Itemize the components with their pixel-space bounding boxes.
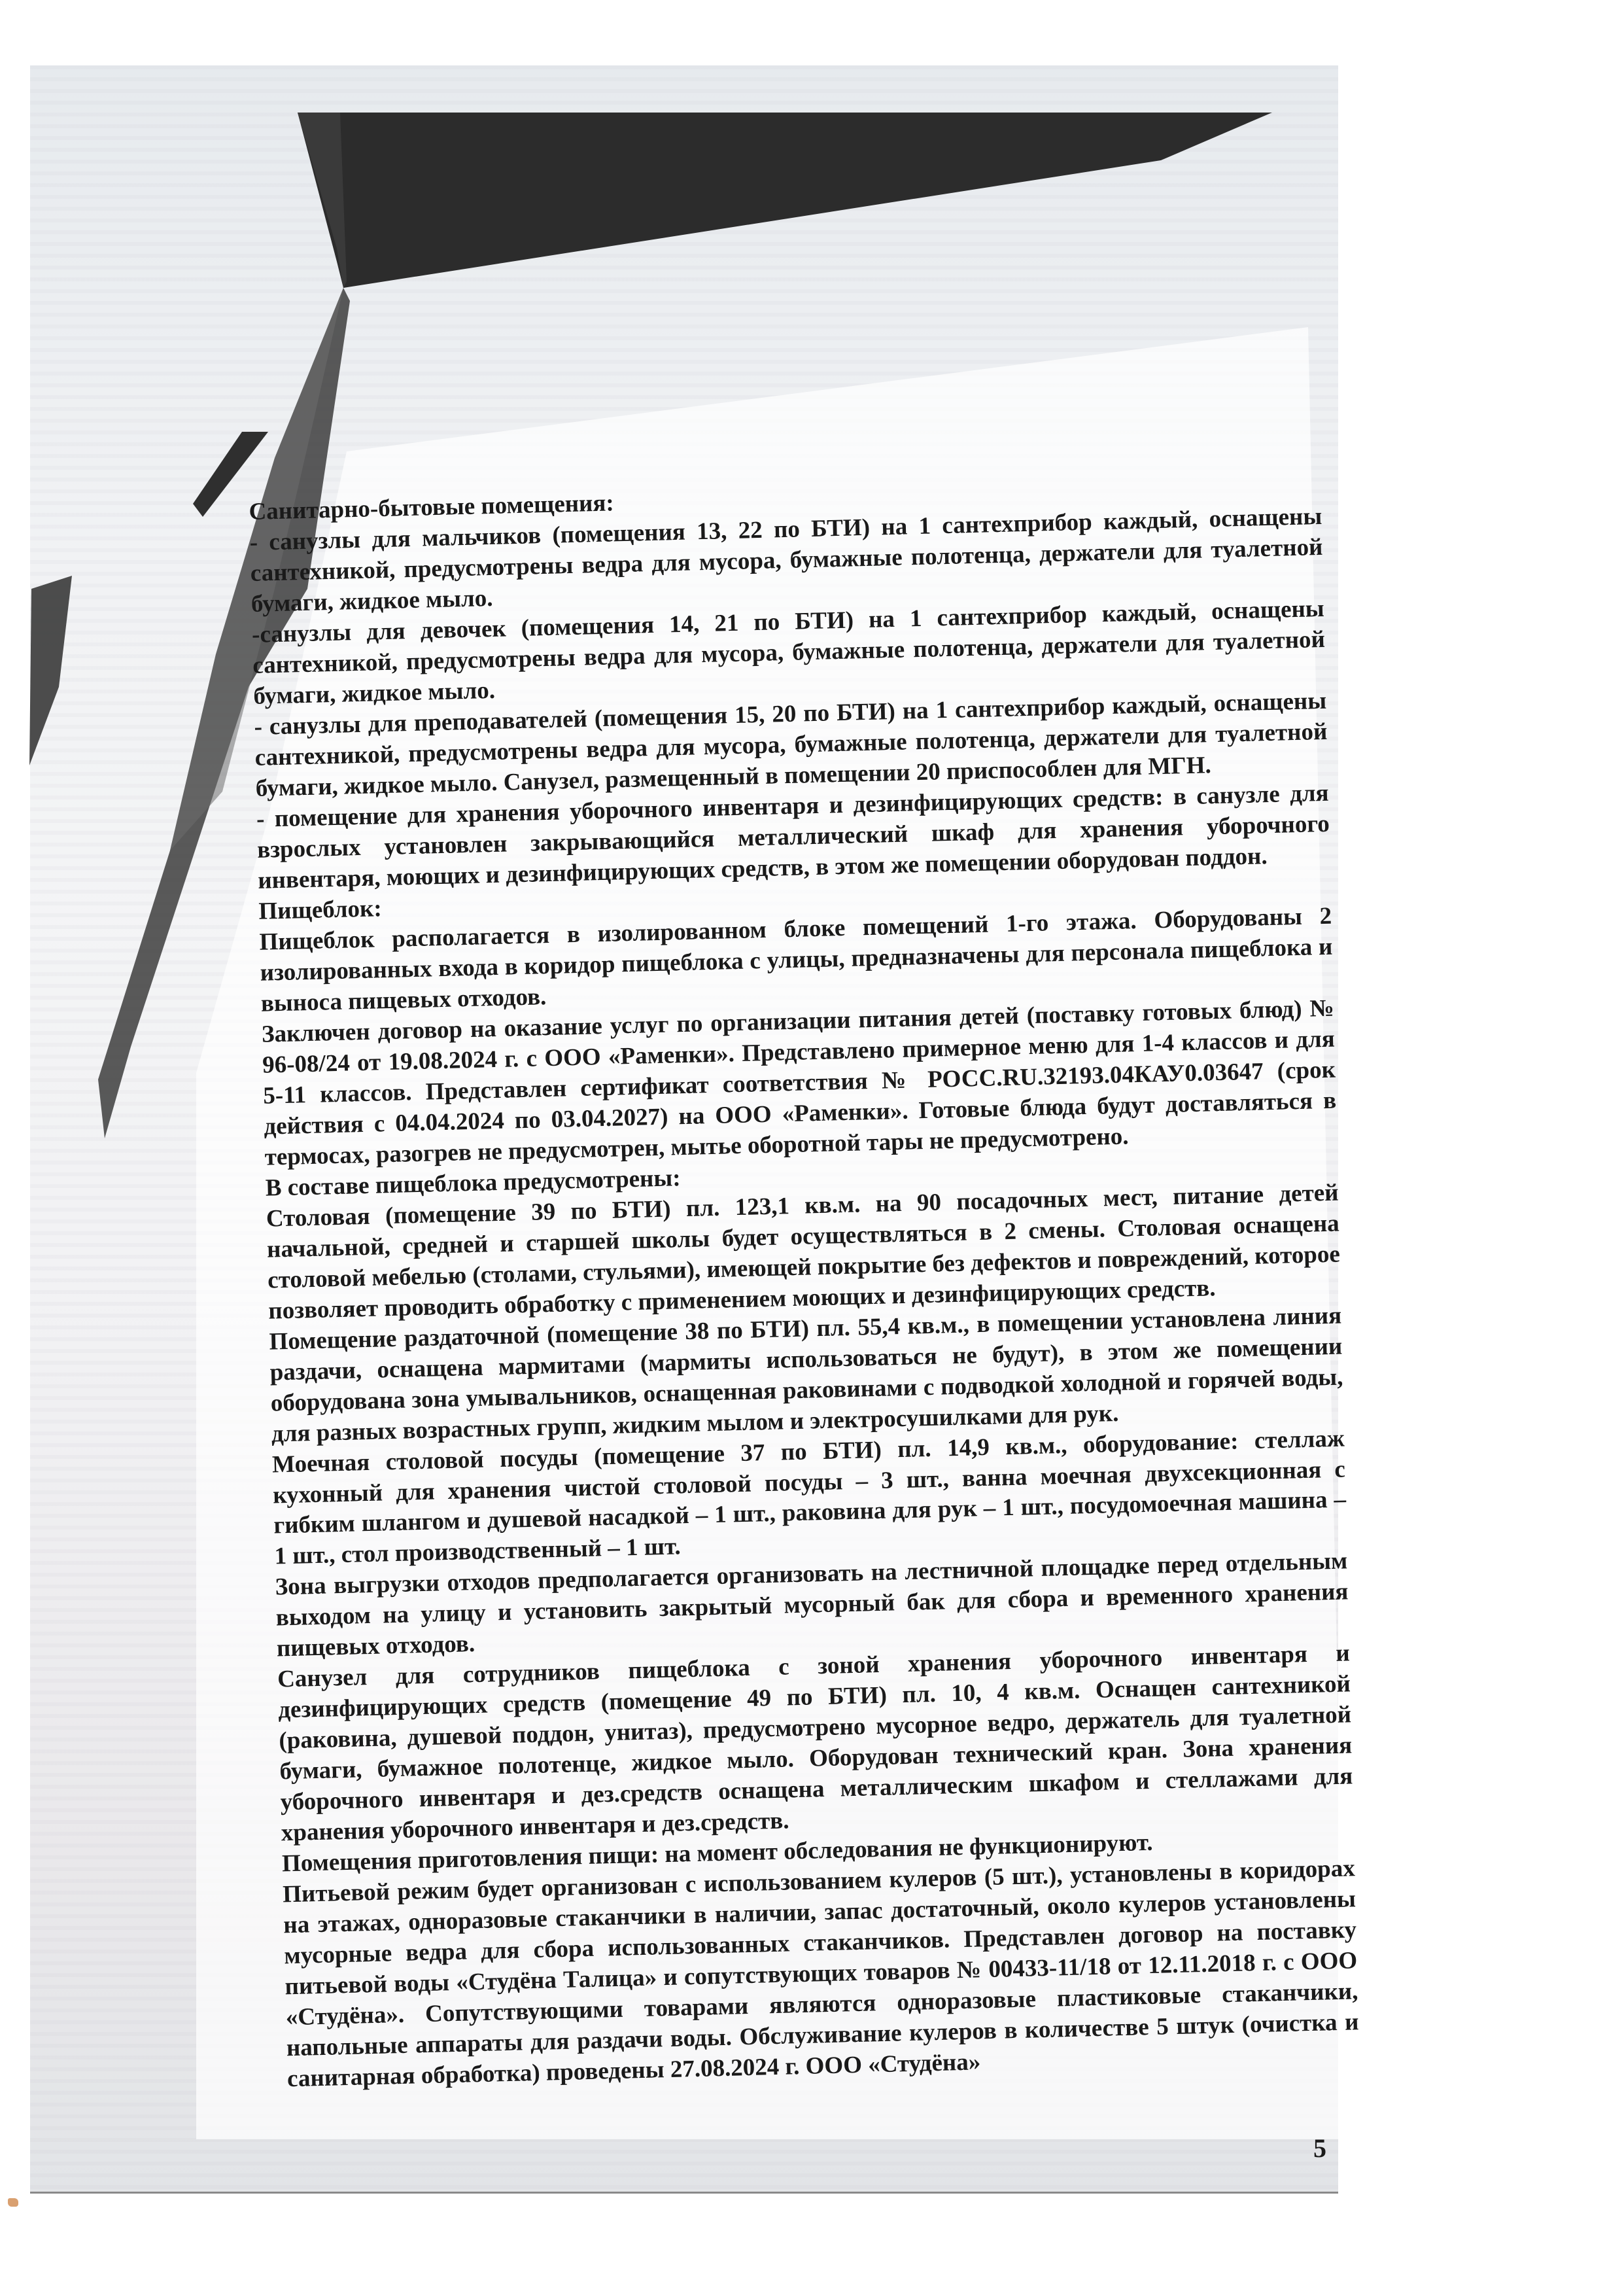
room-lead: Столовая — [266, 1202, 370, 1232]
scan-stain-mark — [8, 2198, 18, 2207]
room-lead: Питьевой режим — [283, 1877, 470, 1908]
room-text: (помещение 39 по БТИ) пл. 123,1 кв.м. на… — [267, 1179, 1341, 1324]
room-drinking-regime: Питьевой режим будет организован с испол… — [283, 1854, 1360, 2095]
room-lead: Зона выгрузки отходов — [275, 1568, 530, 1601]
room-staff-toilet: Санузел для сотрудников пищеблока с зоно… — [277, 1639, 1354, 1849]
document-body: Санитарно-бытовые помещения: - санузлы д… — [249, 471, 1360, 2095]
room-lead: Помещение раздаточной — [269, 1322, 540, 1355]
room-lead: Моечная столовой посуды — [272, 1444, 579, 1478]
page-number: 5 — [1313, 2133, 1326, 2164]
catering-contract-paragraph: Заключен договор на оказание услуг по ор… — [262, 993, 1338, 1173]
